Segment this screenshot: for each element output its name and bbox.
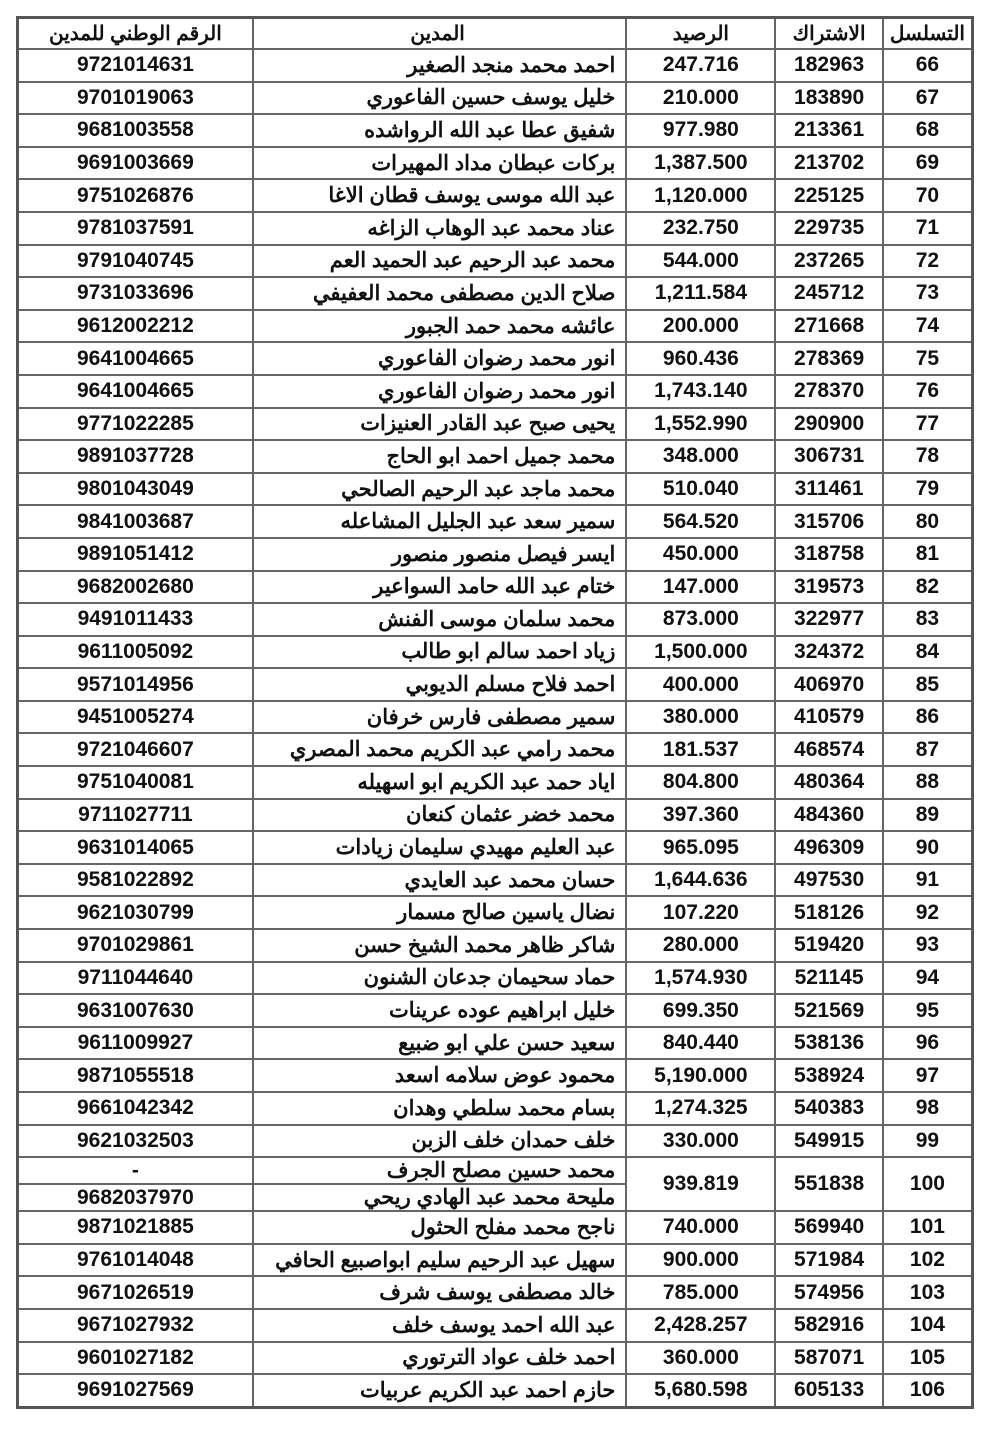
subscription-cell: 278370 [775, 375, 882, 408]
balance-cell: 965.095 [626, 831, 775, 864]
national-id-cell: 9871055518 [18, 1059, 253, 1092]
balance-cell: 1,500.000 [626, 636, 775, 669]
table-row: 9711044640حماد سحيمان جدعان الشنون1,574.… [18, 962, 973, 995]
seq-cell: 69 [883, 147, 973, 180]
national-id-cell: 9891051412 [18, 538, 253, 571]
seq-cell: 68 [883, 114, 973, 147]
balance-cell: 1,274.325 [626, 1092, 775, 1125]
seq-cell: 75 [883, 342, 973, 375]
balance-cell: 397.360 [626, 799, 775, 832]
national-id-cell: 9641004665 [18, 375, 253, 408]
subscription-cell: 406970 [775, 668, 882, 701]
debtor-name-cell: عناد محمد عبد الوهاب الزاغه [253, 212, 627, 245]
seq-cell: 88 [883, 766, 973, 799]
subscription-cell: 182963 [775, 49, 882, 82]
subscription-cell: 538136 [775, 1027, 882, 1060]
balance-cell: 280.000 [626, 929, 775, 962]
subscription-cell: 497530 [775, 864, 882, 897]
subscription-cell: 480364 [775, 766, 882, 799]
seq-cell: 73 [883, 277, 973, 310]
national-id-cell: 9581022892 [18, 864, 253, 897]
national-id-cell: 9771022285 [18, 408, 253, 441]
balance-cell: 564.520 [626, 505, 775, 538]
seq-cell: 80 [883, 505, 973, 538]
debtor-name-cell: عبد العليم مهيدي سليمان زيادات [253, 831, 627, 864]
debtor-name-cell: عبد الله موسى يوسف قطان الاغا [253, 179, 627, 212]
national-id-cell: 9661042342 [18, 1092, 253, 1125]
subscription-cell: 311461 [775, 473, 882, 506]
table-row: 9751040081اياد حمد عبد الكريم ابو اسهيله… [18, 766, 973, 799]
subscription-cell: 183890 [775, 82, 882, 115]
debtor-name-cell: بركات عبطان مداد المهيرات [253, 147, 627, 180]
debtor-name-cell: احمد فلاح مسلم الديوبي [253, 668, 627, 701]
seq-cell: 78 [883, 440, 973, 473]
table-row: 9601027182احمد خلف عواد الترتوري360.0005… [18, 1342, 973, 1375]
debtor-name-cell: سهيل عبد الرحيم سليم ابواصبيع الحافي [253, 1244, 627, 1277]
national-id-cell: 9751026876 [18, 179, 253, 212]
debtor-name-cell: يحيى صبح عبد القادر العنيزات [253, 408, 627, 441]
debtor-name-cell: خليل ابراهيم عوده عرينات [253, 994, 627, 1027]
balance-cell: 380.000 [626, 701, 775, 734]
debtor-name-cell: حسان محمد عبد العايدي [253, 864, 627, 897]
subscription-cell: 410579 [775, 701, 882, 734]
subscription-cell: 229735 [775, 212, 882, 245]
national-id-cell: 9682002680 [18, 571, 253, 604]
seq-cell: 93 [883, 929, 973, 962]
seq-cell: 85 [883, 668, 973, 701]
seq-cell: 102 [883, 1244, 973, 1277]
debtor-name-cell: انور محمد رضوان الفاعوري [253, 375, 627, 408]
balance-cell: 450.000 [626, 538, 775, 571]
debtor-name-cell: محمد سلمان موسى الفنش [253, 603, 627, 636]
national-id-cell: 9571014956 [18, 668, 253, 701]
seq-cell: 77 [883, 408, 973, 441]
table-row: 9661042342بسام محمد سلطي وهدان1,274.3255… [18, 1092, 973, 1125]
balance-cell: 900.000 [626, 1244, 775, 1277]
subscription-cell: 245712 [775, 277, 882, 310]
header-debtor: المدين [253, 18, 627, 50]
subscription-cell: 319573 [775, 571, 882, 604]
subscription-cell: 213702 [775, 147, 882, 180]
table-row: 9682002680ختام عبد الله حامد السواعير147… [18, 571, 973, 604]
header-seq: التسلسل [883, 18, 973, 50]
national-id-cell: 9871021885 [18, 1211, 253, 1244]
national-id-cell: 9631014065 [18, 831, 253, 864]
subscription-cell: 468574 [775, 733, 882, 766]
seq-cell: 98 [883, 1092, 973, 1125]
balance-cell: 247.716 [626, 49, 775, 82]
table-row: 9631014065عبد العليم مهيدي سليمان زيادات… [18, 831, 973, 864]
balance-cell: 840.440 [626, 1027, 775, 1060]
debtor-name-cell: نضال ياسين صالح مسمار [253, 896, 627, 929]
balance-cell: 181.537 [626, 733, 775, 766]
subscription-cell: 318758 [775, 538, 882, 571]
subscription-cell: 237265 [775, 245, 882, 278]
balance-cell: 785.000 [626, 1276, 775, 1309]
subscription-cell: 518126 [775, 896, 882, 929]
national-id-cell: 9701029861 [18, 929, 253, 962]
table-row: 9871055518محمود عوض سلامه اسعد5,190.0005… [18, 1059, 973, 1092]
national-id-cell: 9601027182 [18, 1342, 253, 1375]
balance-cell: 5,190.000 [626, 1059, 775, 1092]
debtor-name-cell: مليحة محمد عبد الهادي ريحي [253, 1184, 627, 1211]
debtor-name-cell: محمد جميل احمد ابو الحاج [253, 440, 627, 473]
debtor-name-cell: سمير مصطفى فارس خرفان [253, 701, 627, 734]
national-id-cell: - [18, 1157, 253, 1184]
subscription-cell: 306731 [775, 440, 882, 473]
balance-cell: 147.000 [626, 571, 775, 604]
header-national-id: الرقم الوطني للمدين [18, 18, 253, 50]
subscription-cell: 484360 [775, 799, 882, 832]
balance-cell: 2,428.257 [626, 1309, 775, 1342]
seq-cell: 103 [883, 1276, 973, 1309]
table-row: 9451005274سمير مصطفى فارس خرفان380.00041… [18, 701, 973, 734]
seq-cell: 70 [883, 179, 973, 212]
table-row: 9571014956احمد فلاح مسلم الديوبي400.0004… [18, 668, 973, 701]
balance-cell: 804.800 [626, 766, 775, 799]
national-id-cell: 9611009927 [18, 1027, 253, 1060]
national-id-cell: 9621032503 [18, 1125, 253, 1158]
balance-cell: 1,387.500 [626, 147, 775, 180]
seq-cell: 83 [883, 603, 973, 636]
national-id-cell: 9671026519 [18, 1276, 253, 1309]
table-row: 9721014631احمد محمد منجد الصغير247.71618… [18, 49, 973, 82]
national-id-cell: 9781037591 [18, 212, 253, 245]
national-id-cell: 9691003669 [18, 147, 253, 180]
balance-cell: 873.000 [626, 603, 775, 636]
table-row: 9841003687سمير سعد عبد الجليل المشاعله56… [18, 505, 973, 538]
debtor-name-cell: خالد مصطفى يوسف شرف [253, 1276, 627, 1309]
national-id-cell: 9631007630 [18, 994, 253, 1027]
balance-cell: 740.000 [626, 1211, 775, 1244]
national-id-cell: 9451005274 [18, 701, 253, 734]
national-id-cell: 9612002212 [18, 310, 253, 343]
table-row: 9751026876عبد الله موسى يوسف قطان الاغا1… [18, 179, 973, 212]
table-row: 9871021885ناجح محمد مفلح الحثول740.00056… [18, 1211, 973, 1244]
table-row: 9791040745محمد عبد الرحيم عبد الحميد الع… [18, 245, 973, 278]
national-id-cell: 9641004665 [18, 342, 253, 375]
balance-cell: 960.436 [626, 342, 775, 375]
balance-cell: 330.000 [626, 1125, 775, 1158]
seq-cell: 66 [883, 49, 973, 82]
table-row: 9701029861شاكر ظاهر محمد الشيخ حسن280.00… [18, 929, 973, 962]
national-id-cell: 9841003687 [18, 505, 253, 538]
national-id-cell: 9711027711 [18, 799, 253, 832]
balance-cell: 939.819 [626, 1157, 775, 1211]
table-row: 9611009927سعيد حسن علي ابو ضبيع840.44053… [18, 1027, 973, 1060]
seq-cell: 87 [883, 733, 973, 766]
national-id-cell: 9621030799 [18, 896, 253, 929]
table-row: 9612002212عائشه محمد حمد الجبور200.00027… [18, 310, 973, 343]
header-balance: الرصيد [626, 18, 775, 50]
balance-cell: 232.750 [626, 212, 775, 245]
debtor-name-cell: عائشه محمد حمد الجبور [253, 310, 627, 343]
debtor-name-cell: شفيق عطا عبد الله الرواشده [253, 114, 627, 147]
national-id-cell: 9681003558 [18, 114, 253, 147]
seq-cell: 72 [883, 245, 973, 278]
subscription-cell: 213361 [775, 114, 882, 147]
seq-cell: 105 [883, 1342, 973, 1375]
seq-cell: 96 [883, 1027, 973, 1060]
national-id-cell: 9721046607 [18, 733, 253, 766]
table-row: 9691027569حازم احمد عبد الكريم عربيات5,6… [18, 1374, 973, 1407]
table-row: 9671027932عبد الله احمد يوسف خلف2,428.25… [18, 1309, 973, 1342]
subscription-cell: 519420 [775, 929, 882, 962]
table-row: -محمد حسين مصلح الجرف939.819551838100 [18, 1157, 973, 1184]
table-row: 9891051412ايسر فيصل منصور منصور450.00031… [18, 538, 973, 571]
seq-cell: 90 [883, 831, 973, 864]
national-id-cell: 9671027932 [18, 1309, 253, 1342]
national-id-cell: 9731033696 [18, 277, 253, 310]
seq-cell: 95 [883, 994, 973, 1027]
debtor-name-cell: احمد خلف عواد الترتوري [253, 1342, 627, 1375]
subscription-cell: 538924 [775, 1059, 882, 1092]
table-row: 9631007630خليل ابراهيم عوده عرينات699.35… [18, 994, 973, 1027]
seq-cell: 106 [883, 1374, 973, 1407]
debtor-name-cell: احمد محمد منجد الصغير [253, 49, 627, 82]
table-row: 9641004665انور محمد رضوان الفاعوري1,743.… [18, 375, 973, 408]
subscription-cell: 540383 [775, 1092, 882, 1125]
subscription-cell: 551838 [775, 1157, 882, 1211]
balance-cell: 400.000 [626, 668, 775, 701]
subscription-cell: 605133 [775, 1374, 882, 1407]
balance-cell: 200.000 [626, 310, 775, 343]
balance-cell: 5,680.598 [626, 1374, 775, 1407]
subscription-cell: 324372 [775, 636, 882, 669]
table-row: 9641004665انور محمد رضوان الفاعوري960.43… [18, 342, 973, 375]
seq-cell: 89 [883, 799, 973, 832]
national-id-cell: 9682037970 [18, 1184, 253, 1211]
subscription-cell: 549915 [775, 1125, 882, 1158]
table-row: 9781037591عناد محمد عبد الوهاب الزاغه232… [18, 212, 973, 245]
table-row: 9581022892حسان محمد عبد العايدي1,644.636… [18, 864, 973, 897]
seq-cell: 99 [883, 1125, 973, 1158]
table-row: 9491011433محمد سلمان موسى الفنش873.00032… [18, 603, 973, 636]
debtor-name-cell: حازم احمد عبد الكريم عربيات [253, 1374, 627, 1407]
seq-cell: 86 [883, 701, 973, 734]
debtor-name-cell: ايسر فيصل منصور منصور [253, 538, 627, 571]
subscription-cell: 290900 [775, 408, 882, 441]
debtor-name-cell: خلف حمدان خلف الزبن [253, 1125, 627, 1158]
debtor-name-cell: محمود عوض سلامه اسعد [253, 1059, 627, 1092]
subscription-cell: 315706 [775, 505, 882, 538]
table-row: 9621030799نضال ياسين صالح مسمار107.22051… [18, 896, 973, 929]
table-row: 9771022285يحيى صبح عبد القادر العنيزات1,… [18, 408, 973, 441]
debtor-name-cell: انور محمد رضوان الفاعوري [253, 342, 627, 375]
subscription-cell: 322977 [775, 603, 882, 636]
national-id-cell: 9761014048 [18, 1244, 253, 1277]
national-id-cell: 9721014631 [18, 49, 253, 82]
balance-cell: 699.350 [626, 994, 775, 1027]
subscription-cell: 521569 [775, 994, 882, 1027]
seq-cell: 101 [883, 1211, 973, 1244]
subscription-cell: 587071 [775, 1342, 882, 1375]
seq-cell: 76 [883, 375, 973, 408]
debtor-name-cell: محمد ماجد عبد الرحيم الصالحي [253, 473, 627, 506]
table-row: 9611005092زياد احمد سالم ابو طالب1,500.0… [18, 636, 973, 669]
seq-cell: 82 [883, 571, 973, 604]
table-row: 9891037728محمد جميل احمد ابو الحاج348.00… [18, 440, 973, 473]
seq-cell: 71 [883, 212, 973, 245]
seq-cell: 79 [883, 473, 973, 506]
seq-cell: 92 [883, 896, 973, 929]
seq-cell: 74 [883, 310, 973, 343]
debtor-name-cell: خليل يوسف حسين الفاعوري [253, 82, 627, 115]
debtor-name-cell: ناجح محمد مفلح الحثول [253, 1211, 627, 1244]
national-id-cell: 9891037728 [18, 440, 253, 473]
debtor-name-cell: صلاح الدين مصطفى محمد العفيفي [253, 277, 627, 310]
header-row: الرقم الوطني للمدين المدين الرصيد الاشتر… [18, 18, 973, 50]
debtor-name-cell: ختام عبد الله حامد السواعير [253, 571, 627, 604]
seq-cell: 81 [883, 538, 973, 571]
debtor-name-cell: اياد حمد عبد الكريم ابو اسهيله [253, 766, 627, 799]
balance-cell: 544.000 [626, 245, 775, 278]
balance-cell: 510.040 [626, 473, 775, 506]
debtor-name-cell: زياد احمد سالم ابو طالب [253, 636, 627, 669]
debtor-name-cell: عبد الله احمد يوسف خلف [253, 1309, 627, 1342]
debtor-name-cell: حماد سحيمان جدعان الشنون [253, 962, 627, 995]
balance-cell: 1,574.930 [626, 962, 775, 995]
national-id-cell: 9491011433 [18, 603, 253, 636]
debtor-name-cell: محمد خضر عثمان كنعان [253, 799, 627, 832]
debtor-name-cell: محمد رامي عبد الكريم محمد المصري [253, 733, 627, 766]
seq-cell: 94 [883, 962, 973, 995]
balance-cell: 360.000 [626, 1342, 775, 1375]
subscription-cell: 496309 [775, 831, 882, 864]
debtor-name-cell: بسام محمد سلطي وهدان [253, 1092, 627, 1125]
seq-cell: 97 [883, 1059, 973, 1092]
national-id-cell: 9801043049 [18, 473, 253, 506]
balance-cell: 1,743.140 [626, 375, 775, 408]
subscription-cell: 571984 [775, 1244, 882, 1277]
debtors-table: الرقم الوطني للمدين المدين الرصيد الاشتر… [16, 16, 974, 1409]
seq-cell: 91 [883, 864, 973, 897]
national-id-cell: 9791040745 [18, 245, 253, 278]
seq-cell: 100 [883, 1157, 973, 1211]
subscription-cell: 582916 [775, 1309, 882, 1342]
table-row: 9721046607محمد رامي عبد الكريم محمد المص… [18, 733, 973, 766]
seq-cell: 67 [883, 82, 973, 115]
national-id-cell: 9701019063 [18, 82, 253, 115]
header-subscription: الاشتراك [775, 18, 882, 50]
table-row: 9761014048سهيل عبد الرحيم سليم ابواصبيع … [18, 1244, 973, 1277]
national-id-cell: 9691027569 [18, 1374, 253, 1407]
seq-cell: 84 [883, 636, 973, 669]
table-row: 9701019063خليل يوسف حسين الفاعوري210.000… [18, 82, 973, 115]
subscription-cell: 278369 [775, 342, 882, 375]
subscription-cell: 271668 [775, 310, 882, 343]
balance-cell: 348.000 [626, 440, 775, 473]
subscription-cell: 225125 [775, 179, 882, 212]
balance-cell: 1,552.990 [626, 408, 775, 441]
table-row: 9671026519خالد مصطفى يوسف شرف785.0005749… [18, 1276, 973, 1309]
debtor-name-cell: شاكر ظاهر محمد الشيخ حسن [253, 929, 627, 962]
seq-cell: 104 [883, 1309, 973, 1342]
balance-cell: 210.000 [626, 82, 775, 115]
debtor-name-cell: محمد حسين مصلح الجرف [253, 1157, 627, 1184]
national-id-cell: 9751040081 [18, 766, 253, 799]
balance-cell: 107.220 [626, 896, 775, 929]
subscription-cell: 569940 [775, 1211, 882, 1244]
table-row: 9731033696صلاح الدين مصطفى محمد العفيفي1… [18, 277, 973, 310]
balance-cell: 1,644.636 [626, 864, 775, 897]
table-row: 9691003669بركات عبطان مداد المهيرات1,387… [18, 147, 973, 180]
balance-cell: 1,120.000 [626, 179, 775, 212]
national-id-cell: 9711044640 [18, 962, 253, 995]
subscription-cell: 521145 [775, 962, 882, 995]
balance-cell: 1,211.584 [626, 277, 775, 310]
table-row: 9801043049محمد ماجد عبد الرحيم الصالحي51… [18, 473, 973, 506]
table-row: 9711027711محمد خضر عثمان كنعان397.360484… [18, 799, 973, 832]
debtor-name-cell: سمير سعد عبد الجليل المشاعله [253, 505, 627, 538]
balance-cell: 977.980 [626, 114, 775, 147]
subscription-cell: 574956 [775, 1276, 882, 1309]
table-row: 9621032503خلف حمدان خلف الزبن330.0005499… [18, 1125, 973, 1158]
debtor-name-cell: سعيد حسن علي ابو ضبيع [253, 1027, 627, 1060]
table-row: 9681003558شفيق عطا عبد الله الرواشده977.… [18, 114, 973, 147]
national-id-cell: 9611005092 [18, 636, 253, 669]
debtor-name-cell: محمد عبد الرحيم عبد الحميد العم [253, 245, 627, 278]
